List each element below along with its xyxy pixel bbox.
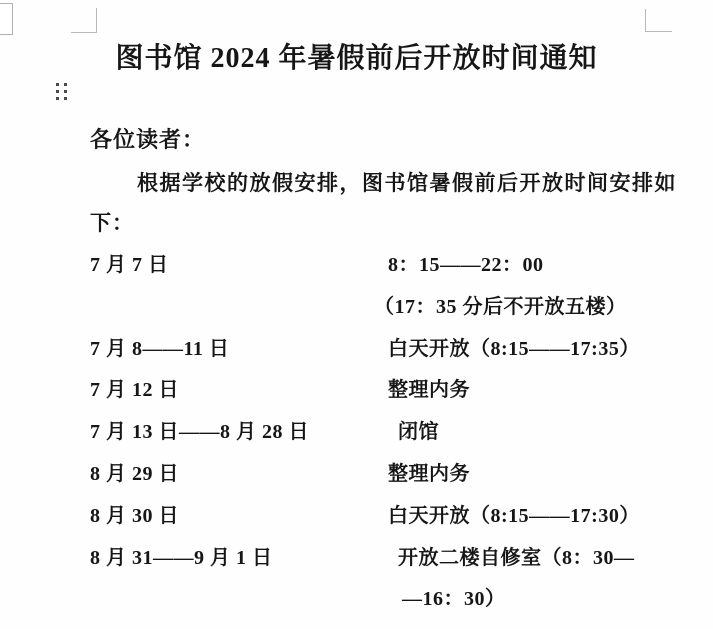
intro-line-1: 根据学校的放假安排，图书馆暑假前后开放时间安排如 (137, 167, 677, 197)
intro-line-2: 下： (90, 207, 134, 237)
date-cell: 7 月 7 日 (90, 248, 169, 277)
schedule-row: —16：30） (0, 582, 713, 624)
detail-cell: 闭馆 (398, 415, 439, 444)
detail-cell: 整理内务 (388, 457, 470, 486)
date-cell: 8 月 29 日 (90, 457, 179, 486)
margin-corner-mark-top-right-icon (645, 9, 672, 32)
margin-corner-mark-top-left-icon (71, 8, 97, 33)
greeting-line: 各位读者： (90, 123, 205, 154)
schedule-row: 7 月 13 日——8 月 28 日 闭馆 (0, 415, 713, 457)
clipped-ui-fragment (0, 3, 13, 35)
notice-title: 图书馆 2024 年暑假前后开放时间通知 (0, 36, 713, 76)
detail-cell: 8：15——22：00 (388, 248, 544, 277)
detail-cell: 白天开放（8:15——17:35） (388, 332, 640, 361)
schedule-row: 7 月 12 日 整理内务 (0, 373, 713, 415)
document-page[interactable]: 图书馆 2024 年暑假前后开放时间通知 各位读者： 根据学校的放假安排，图书馆… (0, 0, 713, 629)
date-cell: 8 月 31——9 月 1 日 (90, 541, 273, 570)
date-cell: 7 月 13 日——8 月 28 日 (90, 415, 309, 444)
schedule-row: 8 月 30 日 白天开放（8:15——17:30） (0, 499, 713, 541)
detail-cell: 整理内务 (388, 373, 470, 402)
schedule-row: （17：35 分后不开放五楼） (0, 290, 713, 332)
date-cell: 7 月 8——11 日 (90, 332, 229, 361)
date-cell: 8 月 30 日 (90, 499, 179, 528)
schedule: 7 月 7 日 8：15——22：00 （17：35 分后不开放五楼） 7 月 … (0, 248, 713, 624)
drag-handle-icon[interactable] (56, 83, 67, 100)
detail-cell: 白天开放（8:15——17:30） (388, 499, 640, 528)
schedule-row: 7 月 8——11 日 白天开放（8:15——17:35） (0, 332, 713, 374)
detail-cell: 开放二楼自修室（8：30— (398, 541, 635, 570)
detail-cell: （17：35 分后不开放五楼） (374, 290, 627, 319)
schedule-row: 8 月 31——9 月 1 日 开放二楼自修室（8：30— (0, 541, 713, 583)
detail-cell: —16：30） (402, 582, 506, 611)
date-cell: 7 月 12 日 (90, 373, 179, 402)
schedule-row: 8 月 29 日 整理内务 (0, 457, 713, 499)
schedule-row: 7 月 7 日 8：15——22：00 (0, 248, 713, 290)
